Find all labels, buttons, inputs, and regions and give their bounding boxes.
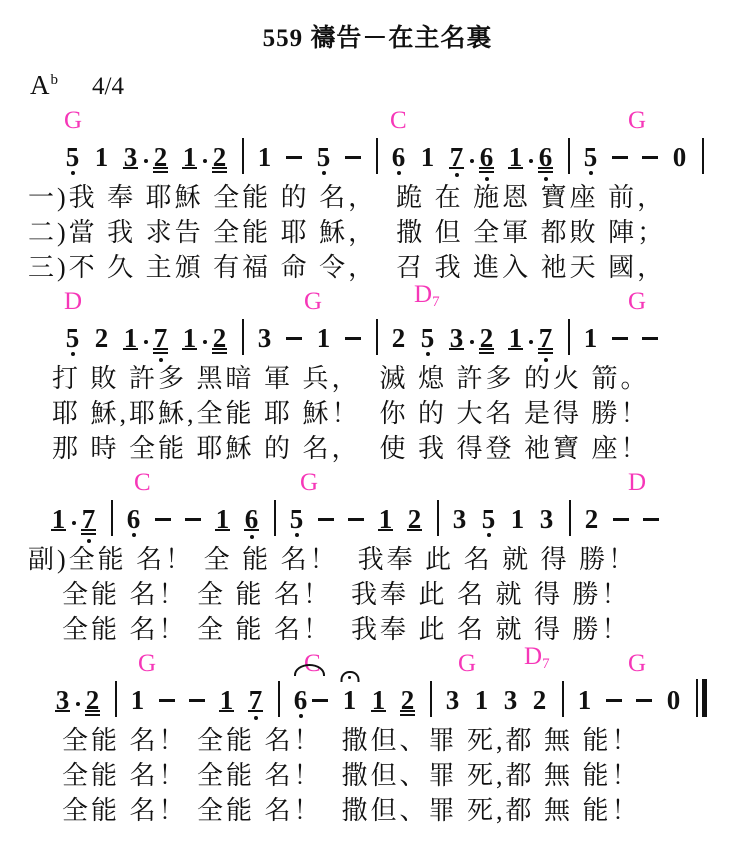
note: 1 xyxy=(181,144,198,171)
dash-mark xyxy=(612,337,628,340)
octave-dot xyxy=(87,539,91,543)
underline xyxy=(123,348,138,350)
note: 1 xyxy=(341,687,358,714)
dash-mark xyxy=(345,337,361,340)
underline xyxy=(508,167,523,169)
note: 1 xyxy=(218,687,235,714)
note: 2 xyxy=(390,325,407,352)
barline xyxy=(562,681,564,717)
note: 2 xyxy=(152,144,169,171)
chord-subscript: 7 xyxy=(542,656,550,672)
dash-mark xyxy=(345,156,361,159)
note: 3 xyxy=(538,506,555,533)
key-signature: Ab4/4 xyxy=(30,70,727,104)
underline xyxy=(378,529,393,531)
augmentation-dot xyxy=(73,689,82,709)
octave-dot xyxy=(71,171,75,175)
note: 3 xyxy=(444,687,461,714)
dash xyxy=(347,508,365,528)
rest: 0 xyxy=(671,144,688,171)
dash xyxy=(344,146,362,166)
barline xyxy=(376,319,378,355)
systems: GCG5132121561761650一)我 奉 耶穌 全能 的 名， 跪 在 … xyxy=(28,104,727,828)
underline xyxy=(407,529,422,531)
note: 6 xyxy=(243,506,260,533)
note: 3 xyxy=(451,506,468,533)
underline xyxy=(244,529,259,531)
dash-mark xyxy=(286,337,302,340)
underline xyxy=(182,348,197,350)
note: 1 xyxy=(50,506,67,533)
lyric-line: 那 時 全能 耶穌 的 名， 使 我 得登 祂寶 座！ xyxy=(28,431,727,466)
note: 1 xyxy=(122,325,139,352)
octave-dot xyxy=(132,533,136,537)
note: 2 xyxy=(531,687,548,714)
underline xyxy=(449,167,464,169)
note: 2 xyxy=(84,687,101,714)
underline xyxy=(538,352,553,354)
chord-label: D xyxy=(628,470,646,496)
barline xyxy=(115,681,117,717)
note: 2 xyxy=(93,325,110,352)
barline xyxy=(568,319,570,355)
note-group: 12 xyxy=(181,315,228,361)
underline xyxy=(508,348,523,350)
notation-row: 1761651235132 xyxy=(28,496,727,542)
note-group: 32 xyxy=(448,315,495,361)
barline xyxy=(242,138,244,174)
music-system: CGD1761651235132副)全能 名！ 全 能 名！ 我奉 此 名 就 … xyxy=(28,466,727,647)
dash xyxy=(641,146,659,166)
dash xyxy=(642,508,660,528)
chord-subscript: 7 xyxy=(432,294,440,310)
octave-dot xyxy=(455,173,459,177)
page-title: 559 禱告－在主名裏 xyxy=(28,18,727,54)
note: 2 xyxy=(211,325,228,352)
note-group: 17 xyxy=(50,496,97,542)
underline xyxy=(479,171,494,173)
notation-row: 321176112313210 xyxy=(28,677,727,723)
note: 3 xyxy=(54,687,71,714)
barline xyxy=(702,138,704,174)
underline xyxy=(51,529,66,531)
augmentation-dot xyxy=(467,146,476,166)
dash-mark xyxy=(286,156,302,159)
underline xyxy=(538,171,553,173)
note: 1 xyxy=(473,687,490,714)
chord-label: C xyxy=(390,108,407,134)
octave-dot xyxy=(397,171,401,175)
dash xyxy=(611,146,629,166)
underline xyxy=(479,167,494,169)
barline xyxy=(569,500,571,536)
dash xyxy=(344,327,362,347)
note: 6 xyxy=(292,687,309,714)
octave-dot xyxy=(426,352,430,356)
lyric-line: 一)我 奉 耶穌 全能 的 名， 跪 在 施恩 寶座 前， xyxy=(28,180,727,215)
note: 1 xyxy=(509,506,526,533)
augmentation-dot xyxy=(141,146,150,166)
underline xyxy=(153,167,168,169)
note: 3 xyxy=(502,687,519,714)
note: 5 xyxy=(64,325,81,352)
underline xyxy=(449,348,464,350)
augmentation-dot xyxy=(141,327,150,347)
octave-dot xyxy=(250,535,254,539)
note-group: 17 xyxy=(507,315,554,361)
note: 6 xyxy=(125,506,142,533)
note: 5 xyxy=(288,506,305,533)
octave-dot xyxy=(322,171,326,175)
note: 1 xyxy=(507,325,524,352)
underline xyxy=(182,167,197,169)
chord-label: G xyxy=(628,108,646,134)
note-group: 76 xyxy=(448,134,495,180)
note: 1 xyxy=(93,144,110,171)
underline xyxy=(212,348,227,350)
note: 5 xyxy=(582,144,599,171)
note-group: 17 xyxy=(122,315,169,361)
chord-label: G xyxy=(304,289,322,315)
dash xyxy=(285,146,303,166)
chord-label: G xyxy=(628,651,646,677)
dash xyxy=(611,327,629,347)
note: 1 xyxy=(576,687,593,714)
dash xyxy=(154,508,172,528)
underline xyxy=(81,533,96,535)
note: 5 xyxy=(64,144,81,171)
dash-mark xyxy=(185,518,201,521)
chord-label: C xyxy=(134,470,151,496)
chord-row: GCG xyxy=(28,104,727,134)
music-system: DGD7G521712312532171打 敗 許多 黑暗 軍 兵， 滅 熄 許… xyxy=(28,285,727,466)
barline xyxy=(242,319,244,355)
chord-label: D xyxy=(64,289,82,315)
augmentation-dot xyxy=(200,327,209,347)
underline xyxy=(538,348,553,350)
underline xyxy=(215,529,230,531)
dash xyxy=(158,689,176,709)
notation-row: 521712312532171 xyxy=(28,315,727,361)
octave-dot xyxy=(159,358,163,362)
augmentation-dot xyxy=(200,146,209,166)
note: 1 xyxy=(315,325,332,352)
augmentation-dot xyxy=(467,327,476,347)
note-group: 16 xyxy=(507,134,554,180)
octave-dot xyxy=(254,716,258,720)
lyric-line: 全能 名！ 全 能 名！ 我奉 此 名 就 得 勝！ xyxy=(28,612,727,647)
underline xyxy=(153,352,168,354)
octave-dot xyxy=(71,352,75,356)
note: 2 xyxy=(583,506,600,533)
underline xyxy=(153,348,168,350)
note: 2 xyxy=(211,144,228,171)
octave-dot xyxy=(589,171,593,175)
lyric-line: 二)當 我 求告 全能 耶 穌， 撒 但 全軍 都敗 陣； xyxy=(28,215,727,250)
note: 1 xyxy=(507,144,524,171)
chord-label: G xyxy=(138,651,156,677)
dash-mark xyxy=(189,699,205,702)
underline xyxy=(400,710,415,712)
dash-mark xyxy=(636,699,652,702)
note: 7 xyxy=(152,325,169,352)
dash-mark xyxy=(159,699,175,702)
lyric-line: 耶 穌,耶穌,全能 耶 穌！ 你 的 大名 是得 勝！ xyxy=(28,396,727,431)
underline xyxy=(85,710,100,712)
dash xyxy=(635,689,653,709)
octave-dot xyxy=(299,714,303,718)
time-signature: 4/4 xyxy=(92,73,124,100)
note: 7 xyxy=(448,144,465,171)
note: 1 xyxy=(370,687,387,714)
barline xyxy=(274,500,276,536)
note-group: 32 xyxy=(122,134,169,180)
underline xyxy=(538,167,553,169)
barline xyxy=(111,500,113,536)
chord-label: D7 xyxy=(414,282,440,315)
barline xyxy=(437,500,439,536)
octave-dot xyxy=(544,177,548,181)
note: 1 xyxy=(181,325,198,352)
note: 2 xyxy=(399,687,416,714)
octave-dot xyxy=(487,533,491,537)
note: 1 xyxy=(129,687,146,714)
dash xyxy=(317,508,335,528)
underline xyxy=(85,714,100,716)
fermata-icon xyxy=(340,671,359,682)
dash-mark xyxy=(318,518,334,521)
music-system: GCGD7G321176112313210全能 名！ 全能 名！ 撒但、罪 死,… xyxy=(28,647,727,828)
chord-row: CGD xyxy=(28,466,727,496)
note: 3 xyxy=(256,325,273,352)
note: 1 xyxy=(214,506,231,533)
dash xyxy=(311,689,329,709)
tie-group: 6 xyxy=(292,677,329,723)
key-letter: A xyxy=(30,70,50,100)
note: 5 xyxy=(315,144,332,171)
note: 7 xyxy=(247,687,264,714)
dash-mark xyxy=(643,518,659,521)
chord-row: GCGD7G xyxy=(28,647,727,677)
dash xyxy=(605,689,623,709)
lyric-line: 全能 名！ 全能 名！ 撒但、罪 死,都 無 能！ xyxy=(28,723,727,758)
octave-dot xyxy=(485,177,489,181)
underline xyxy=(371,710,386,712)
dash xyxy=(188,689,206,709)
final-barline xyxy=(696,679,707,717)
underline xyxy=(212,171,227,173)
barline xyxy=(430,681,432,717)
underline xyxy=(400,714,415,716)
dash xyxy=(612,508,630,528)
underline xyxy=(248,710,263,712)
underline xyxy=(81,529,96,531)
barline xyxy=(278,681,280,717)
dash-mark xyxy=(642,156,658,159)
dash-mark xyxy=(642,337,658,340)
barline xyxy=(568,138,570,174)
note: 6 xyxy=(478,144,495,171)
note: 3 xyxy=(122,144,139,171)
music-system: GCG5132121561761650一)我 奉 耶穌 全能 的 名， 跪 在 … xyxy=(28,104,727,285)
underline xyxy=(153,171,168,173)
note: 1 xyxy=(419,144,436,171)
dash-mark xyxy=(155,518,171,521)
notation-row: 5132121561761650 xyxy=(28,134,727,180)
underline xyxy=(479,348,494,350)
chord-label: D7 xyxy=(524,644,550,677)
lyric-line: 全能 名！ 全能 名！ 撒但、罪 死,都 無 能！ xyxy=(28,758,727,793)
dash-mark xyxy=(612,156,628,159)
chord-label: G xyxy=(300,470,318,496)
augmentation-dot xyxy=(526,146,535,166)
note: 1 xyxy=(377,506,394,533)
note-group: 12 xyxy=(181,134,228,180)
underline xyxy=(219,710,234,712)
note: 7 xyxy=(80,506,97,533)
hymn-sheet: 559 禱告－在主名裏 Ab4/4 GCG5132121561761650一)我… xyxy=(0,0,755,828)
lyric-line: 全能 名！ 全 能 名！ 我奉 此 名 就 得 勝！ xyxy=(28,577,727,612)
dash-mark xyxy=(613,518,629,521)
octave-dot xyxy=(295,533,299,537)
chord-row: DGD7G xyxy=(28,285,727,315)
flat-sign: b xyxy=(51,72,59,88)
note: 6 xyxy=(537,144,554,171)
note: 5 xyxy=(480,506,497,533)
note: 2 xyxy=(478,325,495,352)
note: 3 xyxy=(448,325,465,352)
lyric-line: 全能 名！ 全能 名！ 撒但、罪 死,都 無 能！ xyxy=(28,793,727,828)
barline xyxy=(376,138,378,174)
octave-dot xyxy=(544,358,548,362)
note: 7 xyxy=(537,325,554,352)
chord-label: G xyxy=(458,651,476,677)
dash-mark xyxy=(348,518,364,521)
augmentation-dot xyxy=(526,327,535,347)
chord-label: G xyxy=(64,108,82,134)
lyric-line: 副)全能 名！ 全 能 名！ 我奉 此 名 就 得 勝！ xyxy=(28,542,727,577)
chord-label: G xyxy=(628,289,646,315)
underline xyxy=(479,352,494,354)
note: 5 xyxy=(419,325,436,352)
lyric-line: 打 敗 許多 黑暗 軍 兵， 滅 熄 許多 的火 箭。 xyxy=(28,361,727,396)
note: 6 xyxy=(390,144,407,171)
underline xyxy=(212,167,227,169)
dash xyxy=(641,327,659,347)
underline xyxy=(212,352,227,354)
note: 1 xyxy=(582,325,599,352)
rest: 0 xyxy=(665,687,682,714)
underline xyxy=(55,710,70,712)
dash xyxy=(184,508,202,528)
underline xyxy=(123,167,138,169)
note-group: 32 xyxy=(54,677,101,723)
dash-mark xyxy=(312,699,328,702)
note: 1 xyxy=(256,144,273,171)
note: 2 xyxy=(406,506,423,533)
augmentation-dot xyxy=(69,508,78,528)
dash xyxy=(285,327,303,347)
dash-mark xyxy=(606,699,622,702)
lyric-line: 三)不 久 主頒 有福 命 令， 召 我 進入 祂天 國， xyxy=(28,250,727,285)
